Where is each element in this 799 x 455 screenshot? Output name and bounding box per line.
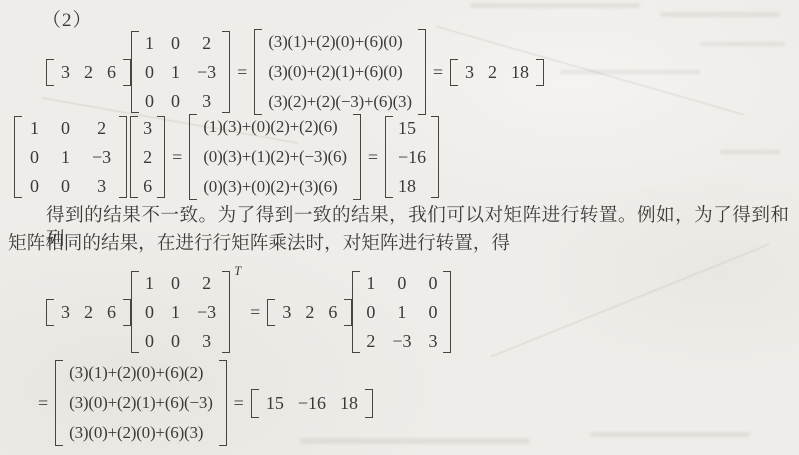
matrix-cell: 3 [97,176,106,196]
equals-sign: = [38,393,48,414]
equation-2: 1 0 2 0 1 −3 0 0 3 3 2 6 = [14,117,439,197]
transposed-matrix-3x3: 1 0 0 0 1 0 2 −3 3 [352,271,451,353]
bracket-right [443,271,451,353]
bracket-left [55,360,63,446]
vector-cell: 2 [488,62,497,82]
matrix-cell: 0 [171,91,180,111]
matrix-cell: 0 [30,176,39,196]
expansion-row: (0)(3)+(1)(2)+(−3)(6) [203,147,347,167]
bracket-right [119,116,127,198]
bracket-right [123,299,131,326]
equals-sign: = [433,62,443,83]
matrix-cell: 1 [366,273,375,293]
matrix-cell: −3 [392,331,411,351]
scan-artifact [560,70,700,74]
vector-cell: 6 [328,302,337,322]
matrix-cell: 0 [145,91,154,111]
bracket-left [46,299,54,326]
vector-cell: 3 [61,302,70,322]
equals-sign: = [237,62,247,83]
expansion-row: (3)(1)+(2)(0)+(6)(0) [268,32,402,52]
bracket-left [46,59,54,86]
expansion-row: (3)(0)+(2)(1)+(6)(0) [268,62,402,82]
matrix-cell: 3 [428,331,437,351]
vector-cell: 3 [143,118,152,138]
vector-cell: 6 [107,302,116,322]
vector-cell: −16 [398,147,426,167]
matrix-3x3-with-transpose: 1 0 2 0 1 −3 0 0 3 T [131,271,230,353]
vector-cell: 15 [266,393,284,413]
result-column-vector: 15 −16 18 [385,116,439,198]
vector-cell: 3 [282,302,291,322]
bracket-left [131,271,139,353]
row-vector: 3 2 6 [267,299,352,326]
vector-cell: 18 [398,176,416,196]
vector-cell: 6 [107,62,116,82]
matrix-cell: 3 [202,331,211,351]
matrix-cell: −3 [197,302,216,322]
vector-cell: 2 [84,302,93,322]
vector-cell: 6 [143,176,152,196]
scan-artifact [720,150,780,154]
matrix-cell: 1 [145,33,154,53]
matrix-cell: 1 [145,273,154,293]
vector-cell: 18 [340,393,358,413]
column-vector: 3 2 6 [130,116,165,198]
equals-sign: = [250,302,260,323]
equals-sign: = [368,147,378,168]
row-vector: 3 2 6 [46,59,131,86]
matrix-cell: 0 [145,302,154,322]
matrix-3x3: 1 0 2 0 1 −3 0 0 3 [14,116,127,198]
vector-cell: 3 [61,62,70,82]
vector-cell: −16 [298,393,326,413]
vector-cell: 3 [465,62,474,82]
vector-cell: 15 [398,118,416,138]
bracket-right [344,299,352,326]
expansion-row: (0)(3)+(0)(2)+(3)(6) [203,177,337,197]
vector-cell: 2 [143,147,152,167]
bracket-right [353,114,361,200]
matrix-cell: 2 [97,118,106,138]
matrix-cell: 1 [30,118,39,138]
scan-artifact [470,3,640,8]
matrix-cell: 2 [366,331,375,351]
bracket-right [418,29,426,115]
bracket-left [14,116,22,198]
matrix-cell: 2 [202,33,211,53]
bracket-right [431,116,439,198]
equals-sign: = [172,147,182,168]
matrix-cell: −3 [197,62,216,82]
row-vector: 3 2 6 [46,299,131,326]
bracket-left [251,389,259,418]
bracket-left [130,116,138,198]
equation-1: 3 2 6 1 0 2 0 1 −3 0 0 3 = (3)(1)+( [46,33,544,111]
expansion-column: (3)(1)+(2)(0)+(6)(0) (3)(0)+(2)(1)+(6)(0… [254,29,426,115]
matrix-cell: 1 [171,62,180,82]
matrix-cell: 0 [171,273,180,293]
body-text-line-2: 矩阵相同的结果，在进行行矩阵乘法时，对矩阵进行转置，得 [8,232,510,256]
matrix-cell: −3 [92,147,111,167]
matrix-cell: 0 [366,302,375,322]
expansion-row: (1)(3)+(0)(2)+(2)(6) [203,117,337,137]
bracket-left [267,299,275,326]
bracket-left [385,116,393,198]
bracket-right [157,116,165,198]
matrix-cell: 2 [202,273,211,293]
matrix-cell: 3 [202,91,211,111]
matrix-cell: 0 [145,331,154,351]
matrix-cell: 0 [145,62,154,82]
paper-crease [491,244,770,357]
expansion-column: (1)(3)+(0)(2)+(2)(6) (0)(3)+(1)(2)+(−3)(… [189,114,361,200]
equation-4: = (3)(1)+(2)(0)+(6)(2) (3)(0)+(2)(1)+(6)… [38,362,373,444]
bracket-right [222,271,230,353]
transpose-superscript: T [234,264,241,279]
equation-3: 3 2 6 1 0 2 0 1 −3 0 0 3 T = 3 2 [46,272,451,352]
bracket-left [450,59,458,86]
matrix-cell: 0 [61,118,70,138]
bracket-right [219,360,227,446]
matrix-cell: 0 [30,147,39,167]
matrix-cell: 1 [397,302,406,322]
vector-cell: 2 [84,62,93,82]
bracket-left [352,271,360,353]
matrix-3x3: 1 0 2 0 1 −3 0 0 3 [131,31,230,113]
matrix-cell: 0 [61,176,70,196]
scan-artifact [700,42,785,46]
matrix-cell: 0 [397,273,406,293]
vector-cell: 18 [511,62,529,82]
expansion-row: (3)(0)+(2)(1)+(6)(−3) [69,393,213,413]
bracket-left [131,31,139,113]
scan-artifact [660,12,780,17]
equals-sign: = [234,393,244,414]
item-label: （2） [42,5,93,32]
scan-artifact [590,432,750,437]
expansion-column: (3)(1)+(2)(0)+(6)(2) (3)(0)+(2)(1)+(6)(−… [55,360,227,446]
bracket-left [189,114,197,200]
bracket-right [536,59,544,86]
matrix-cell: 0 [171,33,180,53]
scanned-textbook-page: （2） 3 2 6 1 0 2 0 1 −3 0 0 3 = [0,0,799,455]
expansion-row: (3)(1)+(2)(0)+(6)(2) [69,363,203,383]
matrix-cell: 1 [61,147,70,167]
expansion-row: (3)(2)+(2)(−3)+(6)(3) [268,92,412,112]
matrix-cell: 0 [428,273,437,293]
matrix-cell: 0 [171,331,180,351]
bracket-right [222,31,230,113]
bracket-left [254,29,262,115]
result-row-vector: 3 2 18 [450,59,544,86]
expansion-row: (3)(0)+(2)(0)+(6)(3) [69,423,203,443]
bracket-right [123,59,131,86]
vector-cell: 2 [305,302,314,322]
matrix-cell: 1 [171,302,180,322]
result-row-vector: 15 −16 18 [251,389,373,418]
matrix-cell: 0 [428,302,437,322]
bracket-right [365,389,373,418]
